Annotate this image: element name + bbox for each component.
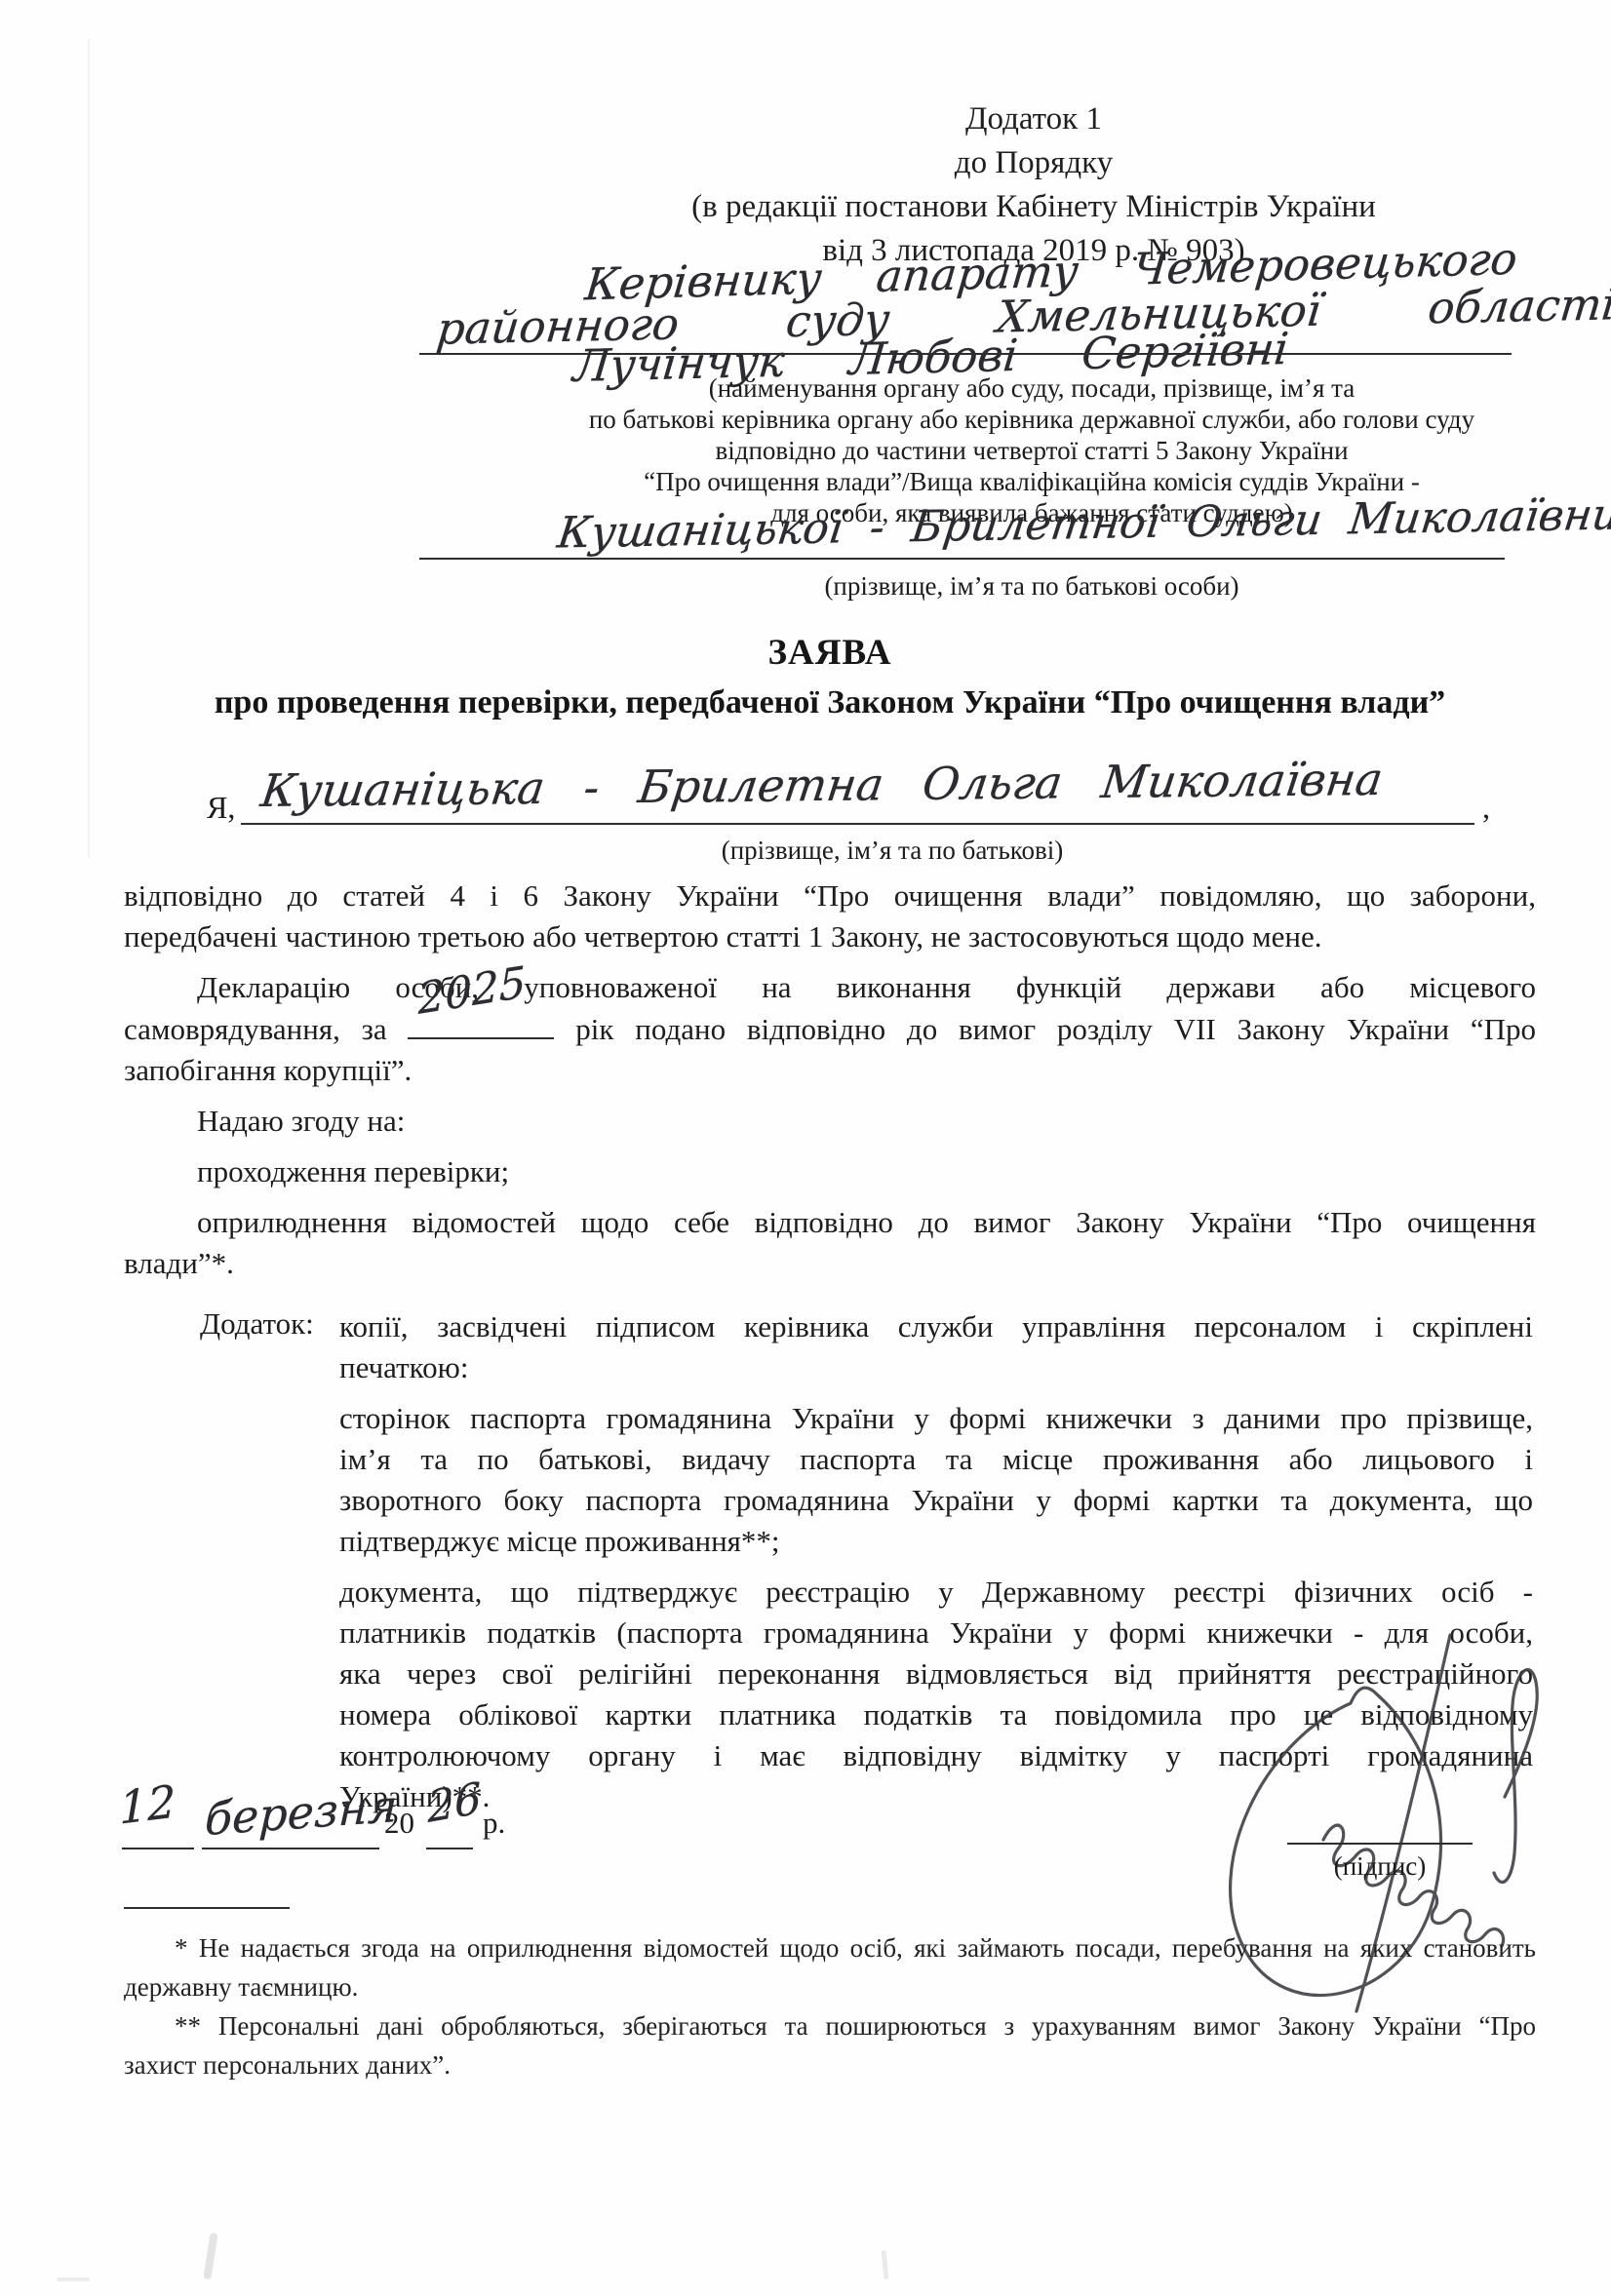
footnote-line: захист персональних даних”. <box>124 2045 1536 2084</box>
declaration-year-blank: 2025 <box>408 1008 554 1039</box>
applicant-label: Я, <box>207 790 235 826</box>
caption-line: (найменування органу або суду, посади, п… <box>544 372 1519 404</box>
signature-caption: (підпис) <box>1287 1850 1473 1882</box>
trailing-comma: , <box>1482 790 1490 826</box>
person-name-underline <box>419 558 1505 560</box>
footnote-1: * Не надається згода на оприлюднення від… <box>124 1928 1536 2006</box>
applicant-name-caption: (прізвище, ім’я та по батькові) <box>390 835 1395 866</box>
signature-underline <box>1287 1843 1473 1845</box>
footnote-separator <box>124 1907 290 1909</box>
handwritten-date-year: 26 <box>427 1773 483 1833</box>
attachments-item2-line: документа, що підтверджує реєстрацію у Д… <box>339 1572 1533 1613</box>
scan-artifact <box>57 2277 90 2281</box>
attachments-label: Додаток: <box>200 1306 314 1342</box>
consent-intro: Надаю згоду на: <box>124 1101 1536 1142</box>
footnote-line: ** Персональні дані обробляються, зберіг… <box>124 2006 1536 2045</box>
paragraph2-line: запобігання корупції”. <box>124 1050 1536 1091</box>
scanned-application-page: Додаток 1 до Порядку (в редакції постано… <box>0 0 1611 2296</box>
applicant-name-underline <box>241 823 1474 825</box>
attachments-intro-line: копії, засвідчені підписом керівника слу… <box>339 1306 1533 1347</box>
caption-line: по батькові керівника органу або керівни… <box>544 404 1519 435</box>
annex-header-line: Додаток 1 <box>546 97 1521 141</box>
paragraph1-line: передбачені частиною третьою або четверт… <box>124 916 1536 957</box>
paragraph2-text: рік подано відповідно до вимог розділу V… <box>575 1012 1536 1046</box>
handwritten-declaration-year: 2025 <box>418 962 527 1021</box>
date-month-underline <box>202 1848 379 1849</box>
consent-item-line: оприлюднення відомостей щодо себе відпов… <box>124 1202 1536 1243</box>
caption-line: “Про очищення влади”/Вища кваліфікаційна… <box>544 466 1519 497</box>
person-name-caption: (прізвище, ім’я та по батькові особи) <box>544 570 1519 602</box>
annex-header-line: (в редакції постанови Кабінету Міністрів… <box>546 185 1521 229</box>
attachments-item1-line: підтверджує місце проживання**; <box>339 1521 1533 1562</box>
footnote-line: * Не надається згода на оприлюднення від… <box>124 1928 1536 1967</box>
addressee-underline <box>419 353 1512 355</box>
consent-item-line: влади”*. <box>124 1243 1536 1284</box>
paragraph1-line: відповідно до статей 4 і 6 Закону Україн… <box>124 876 1536 916</box>
annex-header-line: до Порядку <box>546 141 1521 185</box>
attachments-item1-line: сторінок паспорта громадянина України у … <box>339 1398 1533 1439</box>
scan-artifact <box>881 2250 888 2279</box>
caption-line: відповідно до частини четвертої статті 5… <box>544 435 1519 466</box>
paragraph2-line: самоврядування, за 2025 рік подано відпо… <box>124 1008 1536 1050</box>
date-year-suffix: р. <box>483 1806 505 1841</box>
document-title: ЗАЯВА <box>124 632 1536 674</box>
scan-artifact <box>203 2233 217 2280</box>
date-day-underline <box>122 1848 194 1849</box>
paragraph2-line: Декларацію особи, уповноваженої на викон… <box>124 967 1536 1008</box>
document-subtitle: про проведення перевірки, передбаченої З… <box>124 684 1536 721</box>
handwritten-date-day: 12 <box>119 1774 177 1834</box>
attachments-intro-line: печаткою: <box>339 1347 1533 1388</box>
attachments-item1-line: ім’я та по батькові, видачу паспорта та … <box>339 1439 1533 1480</box>
date-year-prefix: 20 <box>384 1806 414 1841</box>
footnote-2: ** Персональні дані обробляються, зберіг… <box>124 2006 1536 2084</box>
attachments-item1-line: зворотного боку паспорта громадянина Укр… <box>339 1480 1533 1521</box>
body-text: відповідно до статей 4 і 6 Закону Україн… <box>124 876 1536 1284</box>
consent-item: проходження перевірки; <box>124 1151 1536 1192</box>
scan-artifact <box>88 39 90 858</box>
footnote-line: державну таємницю. <box>124 1967 1536 2006</box>
handwritten-applicant-name: Кушаніцька - Брилетна Ольга Миколаївна <box>258 753 1387 817</box>
date-year-underline <box>426 1848 473 1849</box>
handwritten-date-month: березня <box>204 1779 398 1846</box>
paragraph2-text: самоврядування, за <box>124 1012 387 1046</box>
